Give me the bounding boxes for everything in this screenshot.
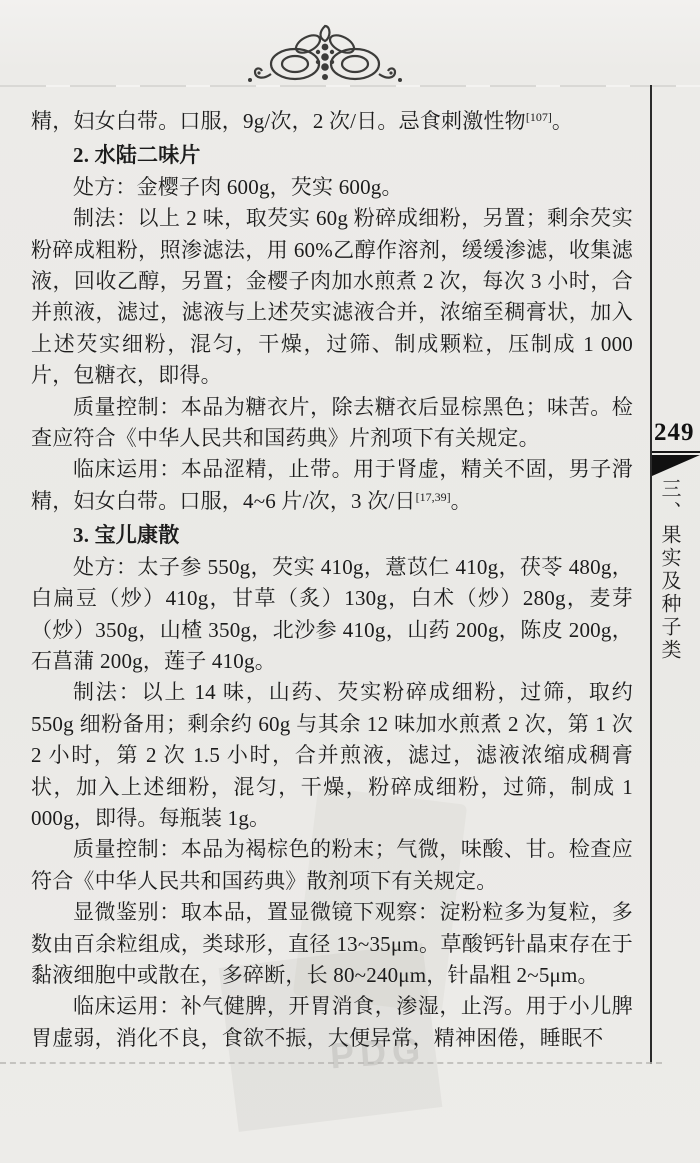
page-number: 249 [654,419,700,447]
paragraph: 临床运用：补气健脾，开胃消食，渗湿，止泻。用于小儿脾胃虚弱，消化不良，食欲不振，… [31,991,633,1054]
paragraph: 处方：太子参 550g，芡实 410g，薏苡仁 410g，茯苓 480g，白扁豆… [31,552,633,678]
body-text: 精，妇女白带。口服，9g/次，2 次/日。忌食刺激性物[107]。2. 水陆二味… [31,106,633,1054]
margin-divider-rule [650,85,652,1064]
section-heading: 2. 水陆二味片 [31,140,633,171]
bottom-rule [0,1062,662,1064]
paragraph: 精，妇女白带。口服，9g/次，2 次/日。忌食刺激性物[107]。 [31,106,633,140]
page-number-rule [652,451,700,453]
paragraph: 处方：金樱子肉 600g，芡实 600g。 [31,172,633,203]
fleuron-ornament-icon [245,22,405,86]
citation-ref: [17,39] [416,490,451,504]
paragraph: 临床运用：本品涩精，止带。用于肾虚，精关不固，男子滑精，妇女白带。口服，4~6 … [31,454,633,520]
paragraph: 制法：以上 14 味，山药、芡实粉碎成细粉，过筛，取约 550g 细粉备用；剩余… [31,677,633,834]
citation-ref: [107] [526,110,552,124]
chapter-flag-marker [652,455,700,476]
chapter-side-label: 三、果实及种子类 [655,478,684,688]
paragraph: 质量控制：本品为褐棕色的粉末；气微，味酸、甘。检查应符合《中华人民共和国药典》散… [31,834,633,897]
paragraph: 制法：以上 2 味，取芡实 60g 粉碎成细粉，另置；剩余芡实粉碎成粗粉，照渗滤… [31,203,633,391]
section-heading: 3. 宝儿康散 [31,520,633,551]
paragraph: 显微鉴别：取本品，置显微镜下观察：淀粉粒多为复粒，多数由百余粒组成，类球形，直径… [31,897,633,991]
top-rule [0,85,700,87]
paragraph: 质量控制：本品为糖衣片，除去糖衣后显棕黑色；味苦。检查应符合《中华人民共和国药典… [31,392,633,455]
